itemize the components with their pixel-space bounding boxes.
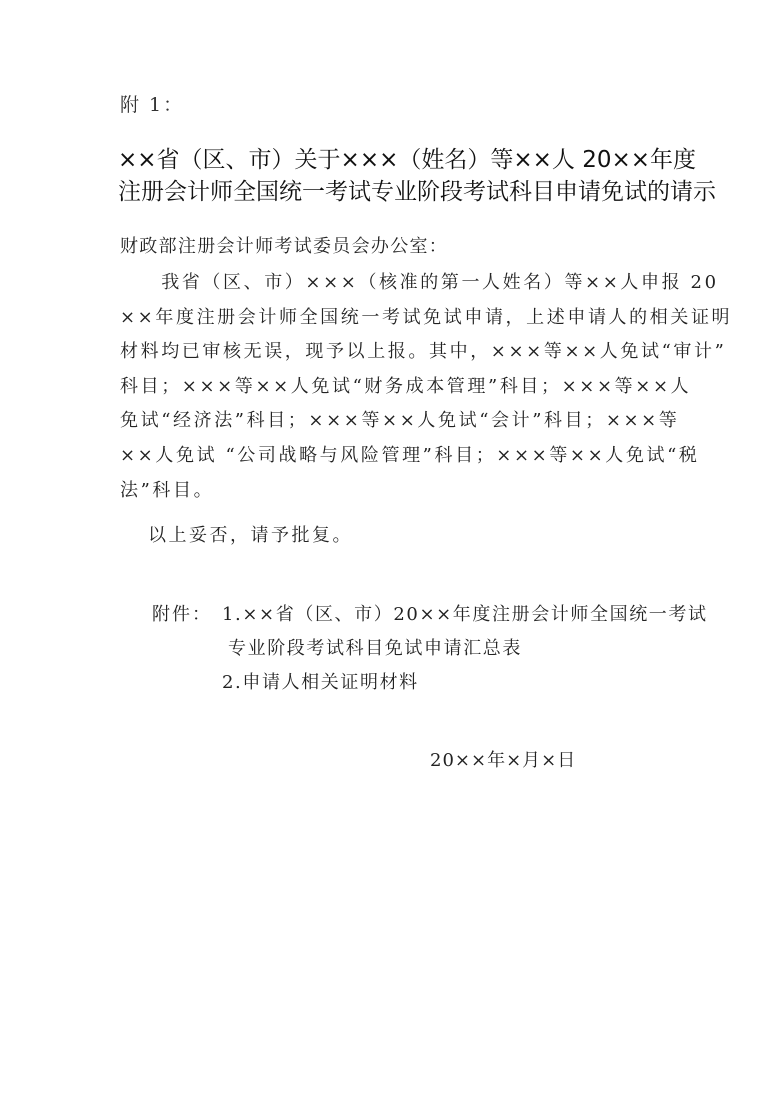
document-page: 附 1： ××省（区、市）关于×××（姓名）等××人 20××年度 注册会计师全… (0, 0, 780, 1103)
body-paragraph: 我省（区、市）×××（核准的第一人姓名）等××人申报 20 ××年度注册会计师全… (120, 266, 680, 508)
body-line: 免试“经济法”科目；×××等××人免试“会计”科目；×××等 (120, 404, 680, 439)
attachment-text-continued: 专业阶段考试科目免试申请汇总表 (200, 632, 522, 666)
addressee: 财政部注册会计师考试委员会办公室： (120, 232, 448, 258)
document-title: ××省（区、市）关于×××（姓名）等××人 20××年度 注册会计师全国统一考试… (118, 144, 678, 208)
attachment-number-label: 附 1： (120, 90, 184, 117)
attachments-label: 附件： (152, 598, 222, 632)
body-line: 我省（区、市）×××（核准的第一人姓名）等××人申报 20 (120, 266, 680, 301)
title-line-2: 注册会计师全国统一考试专业阶段考试科目申请免试的请示 (118, 176, 678, 208)
body-line: ××人免试 “公司战略与风险管理”科目；×××等××人免试“税 (120, 439, 680, 474)
attachment-item-2: 2. 申请人相关证明材料 (152, 666, 708, 700)
body-line: 法”科目。 (120, 474, 680, 509)
attachments-list: 附件： 1. ××省（区、市）20××年度注册会计师全国统一考试 专业阶段考试科… (152, 598, 708, 700)
title-line-1: ××省（区、市）关于×××（姓名）等××人 20××年度 (118, 144, 678, 176)
body-line: 材料均已审核无误，现予以上报。其中，×××等××人免试“审计” (120, 335, 680, 370)
document-date: 20××年×月×日 (430, 746, 576, 772)
attachment-text: 申请人相关证明材料 (242, 666, 418, 700)
body-line: 科目；×××等××人免试“财务成本管理”科目；×××等××人 (120, 370, 680, 405)
body-line: ××年度注册会计师全国统一考试免试申请，上述申请人的相关证明 (120, 301, 680, 336)
attachment-number: 1. (222, 598, 242, 632)
attachment-text: ××省（区、市）20××年度注册会计师全国统一考试 (242, 598, 707, 632)
attachment-item-1-continued: 专业阶段考试科目免试申请汇总表 (152, 632, 708, 666)
closing-sentence: 以上妥否，请予批复。 (148, 521, 353, 547)
attachment-number: 2. (222, 666, 242, 700)
attachment-item-1: 附件： 1. ××省（区、市）20××年度注册会计师全国统一考试 (152, 598, 708, 632)
